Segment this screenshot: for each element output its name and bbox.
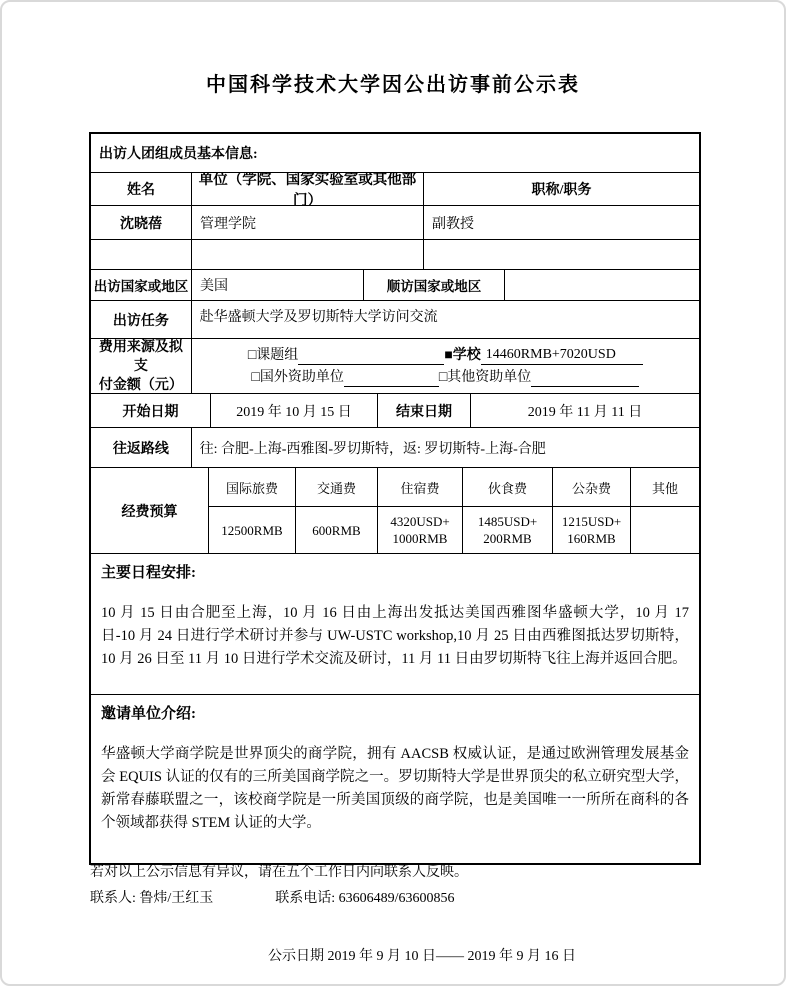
budget-header-lodging: 住宿费 <box>378 468 463 506</box>
dates-row: 开始日期 2019 年 10 月 15 日 结束日期 2019 年 11 月 1… <box>91 394 699 428</box>
funding-row: 费用来源及拟支 付金额（元） □课题组■学校14460RMB+7020USD □… <box>91 339 699 394</box>
budget-header-intl-travel: 国际旅费 <box>209 468 296 506</box>
funding-line-2: □国外资助单位□其他资助单位 <box>251 369 639 387</box>
schedule-title: 主要日程安排: <box>101 561 689 582</box>
member-row: 沈晓蓓 管理学院 副教授 <box>91 206 699 240</box>
spacer <box>213 888 275 910</box>
inviter-section: 邀请单位介绍: 华盛顿大学商学院是世界顶尖的商学院，拥有 AACSB 权威认证，… <box>91 695 699 863</box>
member-unit: 管理学院 <box>192 206 424 239</box>
objection-notice: 若对以上公示信息有异议，请在五个工作日内向联系人反映。 <box>90 862 702 884</box>
funding-label-line2: 付金额（元） <box>99 376 183 394</box>
budget-value-text: 600RMB <box>312 522 360 539</box>
member-position: 副教授 <box>424 206 699 239</box>
contact-person: 联系人: 鲁炜/王红玉 <box>90 888 213 910</box>
budget-header-row: 国际旅费 交通费 住宿费 伙食费 公杂费 其他 <box>209 468 699 507</box>
budget-value-text: 4320USD+ <box>390 513 449 530</box>
member-name-empty <box>91 240 192 269</box>
schedule-section: 主要日程安排: 10 月 15 日由合肥至上海，10 月 16 日由上海出发抵达… <box>91 554 699 694</box>
funding-line-1: □课题组■学校14460RMB+7020USD <box>248 346 643 365</box>
budget-value-misc: 1215USD+160RMB <box>553 507 631 553</box>
start-date-value: 2019 年 10 月 15 日 <box>211 394 378 427</box>
budget-grid: 国际旅费 交通费 住宿费 伙食费 公杂费 其他 12500RMB 600RMB … <box>209 468 699 553</box>
destination-value: 美国 <box>192 270 364 300</box>
member-unit-empty <box>192 240 424 269</box>
name-header: 姓名 <box>91 173 192 205</box>
budget-value-transport: 600RMB <box>296 507 378 553</box>
mission-row: 出访任务 赴华盛顿大学及罗切斯特大学访问交流 <box>91 301 699 339</box>
route-value: 往: 合肥-上海-西雅图-罗切斯特，返: 罗切斯特-上海-合肥 <box>192 428 699 467</box>
destination-label: 出访国家或地区 <box>91 270 192 300</box>
budget-header-misc: 公杂费 <box>553 468 631 506</box>
budget-value-text: 12500RMB <box>221 522 282 539</box>
budget-value-other <box>631 507 699 553</box>
member-position-empty <box>424 240 699 269</box>
budget-label: 经费预算 <box>91 468 209 553</box>
funding-options: □课题组■学校14460RMB+7020USD □国外资助单位□其他资助单位 <box>192 339 699 393</box>
budget-value-text: 1215USD+ <box>562 513 621 530</box>
budget-row: 经费预算 国际旅费 交通费 住宿费 伙食费 公杂费 其他 12500RMB 60… <box>91 468 699 554</box>
contact-phone: 联系电话: 63606489/63600856 <box>275 888 454 910</box>
blank-underline <box>531 371 639 387</box>
funding-option-other: □其他资助单位 <box>439 369 531 387</box>
budget-values-row: 12500RMB 600RMB 4320USD+1000RMB 1485USD+… <box>209 507 699 553</box>
form-table: 出访人团组成员基本信息: 姓名 单位（学院、国家实验室或其他部门） 职称/职务 … <box>89 132 701 865</box>
funding-option-group: □课题组 <box>248 347 298 365</box>
route-label: 往返路线 <box>91 428 192 467</box>
section-basic-info-row: 出访人团组成员基本信息: <box>91 134 699 173</box>
budget-value-text: 160RMB <box>567 530 615 547</box>
budget-value-text: 1485USD+ <box>478 513 537 530</box>
destination-row: 出访国家或地区 美国 顺访国家或地区 <box>91 270 699 301</box>
side-visit-label: 顺访国家或地区 <box>364 270 505 300</box>
inviter-body: 华盛顿大学商学院是世界顶尖的商学院，拥有 AACSB 权威认证，是通过欧洲管理发… <box>101 743 689 835</box>
mission-label: 出访任务 <box>91 301 192 338</box>
section-basic-info-title: 出访人团组成员基本信息: <box>91 134 699 172</box>
budget-value-meals: 1485USD+200RMB <box>463 507 553 553</box>
publish-date-line: 公示日期 2019 年 9 月 10 日—— 2019 年 9 月 16 日 <box>268 946 702 968</box>
budget-header-transport: 交通费 <box>296 468 378 506</box>
start-date-label: 开始日期 <box>91 394 211 427</box>
funding-option-foreign: □国外资助单位 <box>251 369 343 387</box>
inviter-row: 邀请单位介绍: 华盛顿大学商学院是世界顶尖的商学院，拥有 AACSB 权威认证，… <box>91 695 699 863</box>
budget-header-meals: 伙食费 <box>463 468 553 506</box>
mission-value: 赴华盛顿大学及罗切斯特大学访问交流 <box>192 301 699 338</box>
budget-value-text: 200RMB <box>483 530 531 547</box>
document-title: 中国科学技术大学因公出访事前公示表 <box>2 68 784 97</box>
end-date-value: 2019 年 11 月 11 日 <box>471 394 699 427</box>
route-row: 往返路线 往: 合肥-上海-西雅图-罗切斯特，返: 罗切斯特-上海-合肥 <box>91 428 699 468</box>
schedule-row: 主要日程安排: 10 月 15 日由合肥至上海，10 月 16 日由上海出发抵达… <box>91 554 699 695</box>
funding-school-amount: 14460RMB+7020USD <box>481 346 621 365</box>
blank-underline <box>344 371 439 387</box>
position-header: 职称/职务 <box>424 173 699 205</box>
funding-label: 费用来源及拟支 付金额（元） <box>91 339 192 393</box>
budget-value-text: 1000RMB <box>393 530 448 547</box>
members-header-row: 姓名 单位（学院、国家实验室或其他部门） 职称/职务 <box>91 173 699 206</box>
inviter-title: 邀请单位介绍: <box>101 702 689 723</box>
member-name: 沈晓蓓 <box>91 206 192 239</box>
unit-header: 单位（学院、国家实验室或其他部门） <box>192 173 424 205</box>
schedule-body: 10 月 15 日由合肥至上海，10 月 16 日由上海出发抵达美国西雅图华盛顿… <box>101 602 689 671</box>
budget-value-intl-travel: 12500RMB <box>209 507 296 553</box>
member-row-empty <box>91 240 699 270</box>
side-visit-value <box>505 270 699 300</box>
end-date-label: 结束日期 <box>378 394 471 427</box>
budget-header-other: 其他 <box>631 468 699 506</box>
contact-line: 联系人: 鲁炜/王红玉 联系电话: 63606489/63600856 <box>90 888 702 910</box>
blank-underline <box>298 349 444 365</box>
budget-value-lodging: 4320USD+1000RMB <box>378 507 463 553</box>
document-page: 中国科学技术大学因公出访事前公示表 出访人团组成员基本信息: 姓名 单位（学院、… <box>0 0 786 986</box>
funding-option-school: ■学校 <box>444 347 480 365</box>
funding-label-line1: 费用来源及拟支 <box>93 339 189 376</box>
blank-underline <box>621 349 643 365</box>
document-footer: 若对以上公示信息有异议，请在五个工作日内向联系人反映。 联系人: 鲁炜/王红玉 … <box>90 862 702 968</box>
